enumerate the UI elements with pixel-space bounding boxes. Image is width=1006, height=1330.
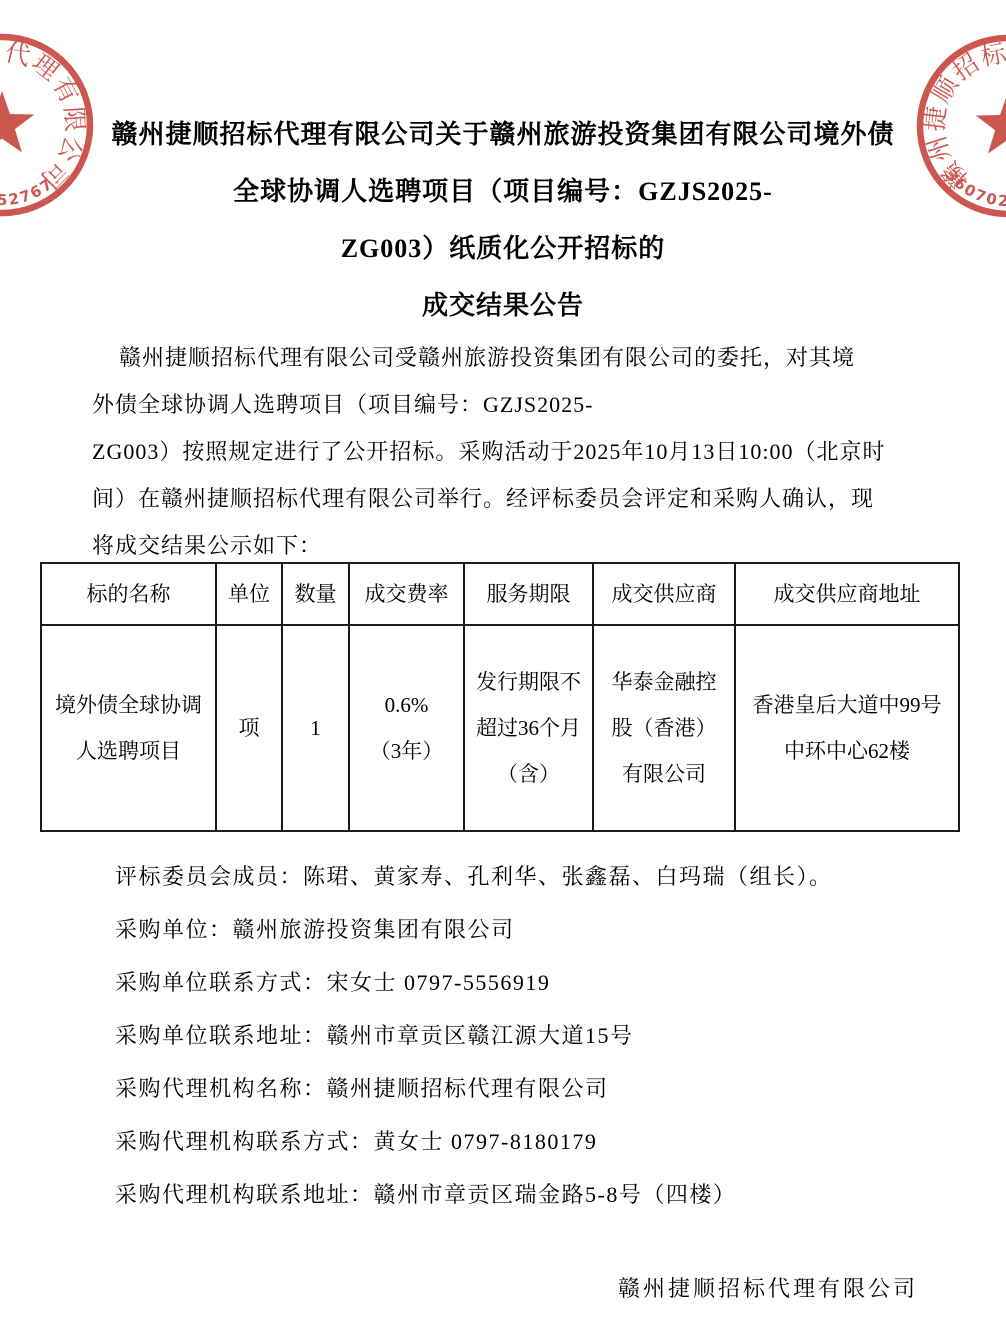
header-unit: 单位 xyxy=(216,563,282,625)
document-page: 赣州捷顺招标代理有限公司 352767 赣州捷顺招标代理有限公司 360702 … xyxy=(0,0,1006,1330)
paragraph-line: ZG003）按照规定进行了公开招标。采购活动于2025年10月13日10:00（… xyxy=(92,428,920,475)
cell-quantity: 1 xyxy=(282,625,349,831)
seal-ring xyxy=(920,38,1006,214)
cell-subject: 境外债全球协调人选聘项目 xyxy=(41,625,216,831)
paragraph-line: 赣州捷顺招标代理有限公司受赣州旅游投资集团有限公司的委托，对其境 xyxy=(92,334,920,381)
seal-ring xyxy=(0,37,90,213)
info-line-purchaser-contact: 采购单位联系方式：宋女士 0797-5556919 xyxy=(115,956,946,1009)
cell-unit: 项 xyxy=(216,625,282,831)
info-line-agency-address: 采购代理机构联系地址：赣州市章贡区瑞金路5-8号（四楼） xyxy=(115,1168,946,1221)
cell-supplier-address: 香港皇后大道中99号中环中心62楼 xyxy=(735,625,959,831)
seal-number: 360702 xyxy=(942,166,1006,210)
info-line-purchaser-address: 采购单位联系地址：赣州市章贡区赣江源大道15号 xyxy=(115,1009,946,1062)
header-supplier: 成交供应商 xyxy=(593,563,735,625)
table-row: 境外债全球协调人选聘项目 项 1 0.6% （3年） 发行期限不超过36个月（含… xyxy=(41,625,959,831)
seal-company-text: 赣州捷顺招标代理有限公司 xyxy=(921,39,1006,195)
cell-rate: 0.6% （3年） xyxy=(349,625,464,831)
info-section: 评标委员会成员：陈珺、黄家寿、孔利华、张鑫磊、白玛瑞（组长）。 采购单位：赣州旅… xyxy=(115,850,946,1221)
header-subject: 标的名称 xyxy=(41,563,216,625)
body-paragraph: 赣州捷顺招标代理有限公司受赣州旅游投资集团有限公司的委托，对其境 外债全球协调人… xyxy=(92,334,920,569)
header-supplier-address: 成交供应商地址 xyxy=(735,563,959,625)
seal-company-text: 赣州捷顺招标代理有限公司 xyxy=(0,38,88,194)
title-line: 全球协调人选聘项目（项目编号：GZJS2025- xyxy=(95,163,911,220)
seal-number: 352767 xyxy=(0,174,57,209)
paragraph-line: 外债全球协调人选聘项目（项目编号：GZJS2025- xyxy=(92,381,920,428)
title-line: 赣州捷顺招标代理有限公司关于赣州旅游投资集团有限公司境外债 xyxy=(95,106,911,163)
title-line: ZG003）纸质化公开招标的 xyxy=(95,220,911,277)
seal-star-icon xyxy=(0,91,34,153)
info-line-agency-contact: 采购代理机构联系方式：黄女士 0797-8180179 xyxy=(115,1115,946,1168)
bid-result-table: 标的名称 单位 数量 成交费率 服务期限 成交供应商 成交供应商地址 境外债全球… xyxy=(40,562,960,832)
header-quantity: 数量 xyxy=(282,563,349,625)
table-header-row: 标的名称 单位 数量 成交费率 服务期限 成交供应商 成交供应商地址 xyxy=(41,563,959,625)
cell-supplier: 华泰金融控股（香港）有限公司 xyxy=(593,625,735,831)
info-line-purchaser: 采购单位：赣州旅游投资集团有限公司 xyxy=(115,903,946,956)
info-line-evaluation-committee: 评标委员会成员：陈珺、黄家寿、孔利华、张鑫磊、白玛瑞（组长）。 xyxy=(115,850,946,903)
company-seal-left: 赣州捷顺招标代理有限公司 352767 xyxy=(0,25,102,225)
header-rate: 成交费率 xyxy=(349,563,464,625)
cell-service-period: 发行期限不超过36个月（含） xyxy=(464,625,593,831)
paragraph-line: 间）在赣州捷顺招标代理有限公司举行。经评标委员会评定和采购人确认，现 xyxy=(92,475,920,522)
info-line-agency-name: 采购代理机构名称：赣州捷顺招标代理有限公司 xyxy=(115,1062,946,1115)
header-service-period: 服务期限 xyxy=(464,563,593,625)
signature-company: 赣州捷顺招标代理有限公司 xyxy=(618,1272,918,1303)
seal-star-icon xyxy=(976,92,1006,154)
title-line: 成交结果公告 xyxy=(95,277,911,334)
company-seal-right: 赣州捷顺招标代理有限公司 360702 xyxy=(908,26,1006,226)
document-title: 赣州捷顺招标代理有限公司关于赣州旅游投资集团有限公司境外债 全球协调人选聘项目（… xyxy=(95,106,911,334)
